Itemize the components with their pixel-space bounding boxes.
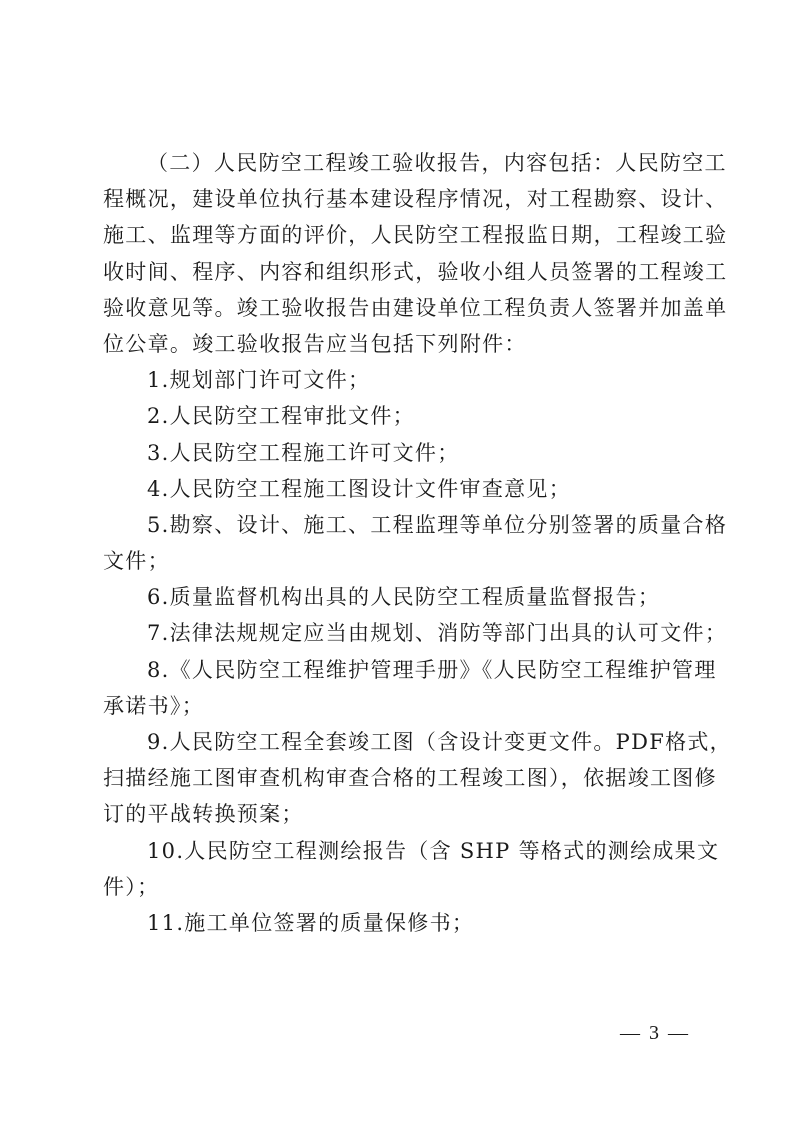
list-item: 1.规划部门许可文件； bbox=[103, 362, 693, 398]
list-item: 4.人民防空工程施工图设计文件审查意见； bbox=[103, 471, 693, 507]
paragraph-line: 位公章。竣工验收报告应当包括下列附件： bbox=[103, 326, 693, 362]
list-item-continuation: 扫描经施工图审查机构审查合格的工程竣工图），依据竣工图修 bbox=[103, 760, 693, 796]
list-item-continuation: 承诺书》； bbox=[103, 688, 693, 724]
paragraph-line: 程概况，建设单位执行基本建设程序情况，对工程勘察、设计、 bbox=[103, 181, 693, 217]
list-item: 11.施工单位签署的质量保修书； bbox=[103, 905, 693, 941]
list-item-continuation: 件）； bbox=[103, 869, 693, 905]
paragraph-line: 施工、监理等方面的评价，人民防空工程报监日期，工程竣工验 bbox=[103, 217, 693, 253]
list-item-continuation: 订的平战转换预案； bbox=[103, 796, 693, 832]
list-item: 10.人民防空工程测绘报告（含 SHP 等格式的测绘成果文 bbox=[103, 833, 693, 869]
paragraph-line: （二）人民防空工程竣工验收报告，内容包括：人民防空工 bbox=[103, 145, 693, 181]
list-item-continuation: 文件； bbox=[103, 543, 693, 579]
list-item: 7.法律法规规定应当由规划、消防等部门出具的认可文件； bbox=[103, 615, 693, 651]
list-item: 3.人民防空工程施工许可文件； bbox=[103, 435, 693, 471]
list-item: 8.《人民防空工程维护管理手册》《人民防空工程维护管理 bbox=[103, 652, 693, 688]
list-item: 2.人民防空工程审批文件； bbox=[103, 398, 693, 434]
paragraph-line: 收时间、程序、内容和组织形式，验收小组人员签署的工程竣工 bbox=[103, 254, 693, 290]
list-item: 9.人民防空工程全套竣工图（含设计变更文件。PDF格式， bbox=[103, 724, 693, 760]
list-item: 5.勘察、设计、施工、工程监理等单位分别签署的质量合格 bbox=[103, 507, 693, 543]
paragraph-line: 验收意见等。竣工验收报告由建设单位工程负责人签署并加盖单 bbox=[103, 290, 693, 326]
list-item: 6.质量监督机构出具的人民防空工程质量监督报告； bbox=[103, 579, 693, 615]
document-body: （二）人民防空工程竣工验收报告，内容包括：人民防空工 程概况，建设单位执行基本建… bbox=[103, 145, 693, 941]
page-number: — 3 — bbox=[620, 1022, 690, 1045]
